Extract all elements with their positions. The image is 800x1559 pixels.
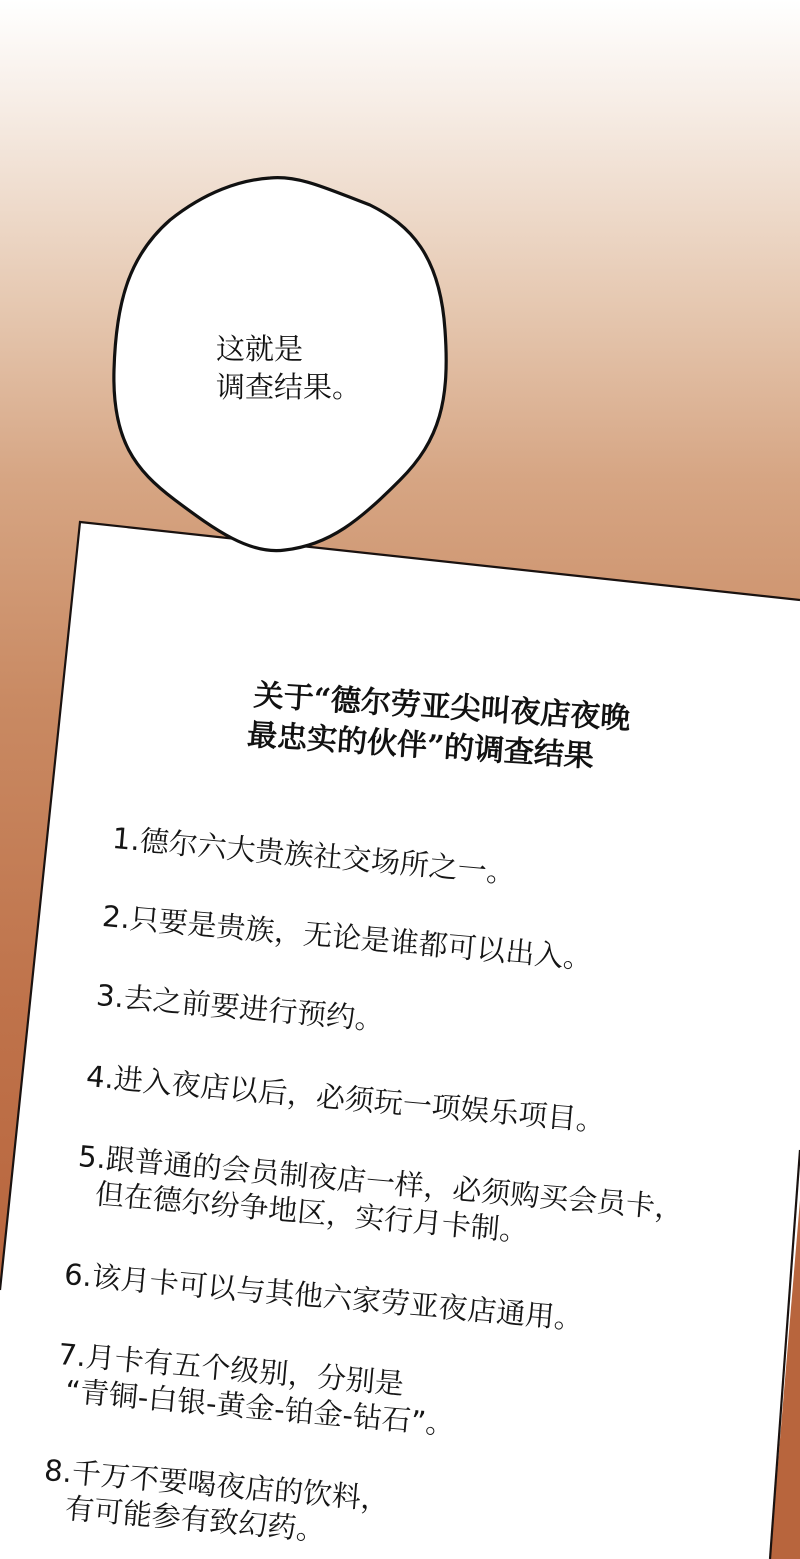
speech-line: 这就是 [216, 330, 361, 368]
speech-bubble-text: 这就是调查结果。 [216, 330, 361, 406]
speech-line: 调查结果。 [216, 368, 361, 406]
speech-bubble [0, 0, 800, 1559]
